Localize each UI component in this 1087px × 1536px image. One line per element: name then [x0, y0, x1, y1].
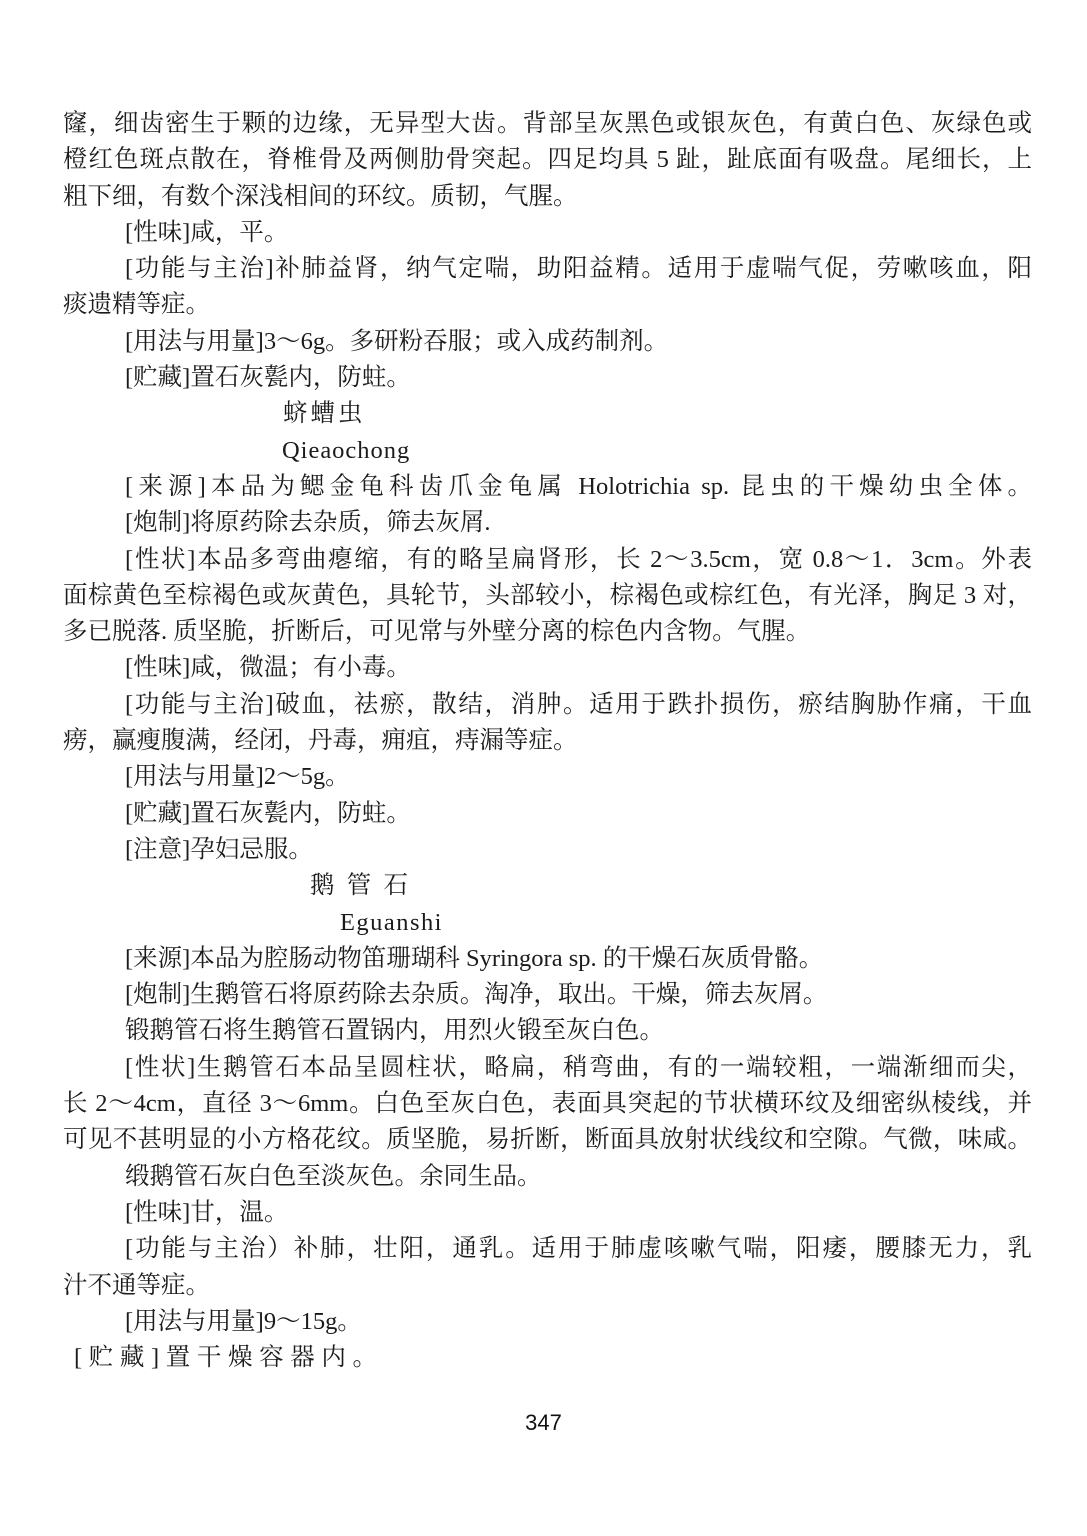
text-line: [性味]咸，微温；有小毒。	[63, 650, 1032, 686]
section-title-cn: 蛴螬虫	[63, 396, 1032, 432]
text-line: [用法与用量]2～5g。	[63, 759, 1032, 795]
section-title-cn: 鹅管石	[63, 868, 1032, 904]
text-line: 长 2～4cm，直径 3～6mm。白色至灰白色，表面具突起的节状横环纹及细密纵棱…	[63, 1086, 1032, 1122]
text-line: [来源]本品为鳃金龟科齿爪金龟属 Holotrichia sp. 昆虫的干燥幼虫…	[63, 469, 1032, 505]
text-line: [功能与主治）补肺，壮阳，通乳。适用于肺虚咳嗽气喘，阳痿，腰膝无力，乳	[63, 1231, 1032, 1267]
text-line: 痰遗精等症。	[63, 287, 1032, 323]
text-line: [性味]咸，平。	[63, 215, 1032, 251]
section-title-pinyin: Eguanshi	[63, 905, 1032, 941]
text-line: 面棕黄色至棕褐色或灰黄色，具轮节，头部较小，棕褐色或棕红色，有光泽，胸足 3 对…	[63, 578, 1032, 614]
text-line: [注意]孕妇忌服。	[63, 832, 1032, 868]
section-title-pinyin: Qieaochong	[63, 433, 1032, 469]
text-line: [功能与主治]破血，祛瘀，散结，消肿。适用于跌扑损伤，瘀结胸胁作痛，干血	[63, 687, 1032, 723]
text-line: [性味]甘，温。	[63, 1195, 1032, 1231]
text-line: 窿，细齿密生于颗的边缘，无异型大齿。背部呈灰黑色或银灰色，有黄白色、灰绿色或	[63, 106, 1032, 142]
text-line: 可见不甚明显的小方格花纹。质坚脆，易折断，断面具放射状线纹和空隙。气微，味咸。	[63, 1122, 1032, 1158]
text-line: [来源]本品为腔肠动物笛珊瑚科 Syringora sp. 的干燥石灰质骨骼。	[63, 941, 1032, 977]
text-line: [功能与主治]补肺益肾，纳气定喘，助阳益精。适用于虚喘气促，劳嗽咳血，阳	[63, 251, 1032, 287]
text-line: 缎鹅管石灰白色至淡灰色。余同生品。	[63, 1159, 1032, 1195]
text-line: [贮藏]置干燥容器内。	[63, 1340, 1032, 1376]
text-line: [贮藏]置石灰甏内，防蛀。	[63, 360, 1032, 396]
text-line: 橙红色斑点散在，脊椎骨及两侧肋骨突起。四足均具 5 趾，趾底面有吸盘。尾细长，上	[63, 142, 1032, 178]
text-line: [性状]本品多弯曲瘪缩，有的略呈扁肾形，长 2～3.5cm，宽 0.8～1．3c…	[63, 542, 1032, 578]
document-page: 窿，细齿密生于颗的边缘，无异型大齿。背部呈灰黑色或银灰色，有黄白色、灰绿色或橙红…	[0, 0, 1087, 1536]
text-block: 窿，细齿密生于颗的边缘，无异型大齿。背部呈灰黑色或银灰色，有黄白色、灰绿色或橙红…	[63, 106, 1032, 1376]
text-line: [炮制]将原药除去杂质，筛去灰屑.	[63, 505, 1032, 541]
text-line: [用法与用量]3～6g。多研粉吞服；或入成药制剂。	[63, 324, 1032, 360]
text-line: [用法与用量]9～15g。	[63, 1304, 1032, 1340]
text-line: 粗下细，有数个深浅相间的环纹。质韧，气腥。	[63, 179, 1032, 215]
text-line: 痨，赢瘦腹满，经闭，丹毒，痈疽，痔漏等症。	[63, 723, 1032, 759]
page-number: 347	[0, 1410, 1087, 1436]
text-line: [贮藏]置石灰甏内，防蛀。	[63, 796, 1032, 832]
text-line: 汁不通等症。	[63, 1268, 1032, 1304]
text-line: 多已脱落. 质坚脆，折断后，可见常与外壁分离的棕色内含物。气腥。	[63, 614, 1032, 650]
text-line: [性状]生鹅管石本品呈圆柱状，略扁，稍弯曲，有的一端较粗，一端渐细而尖，	[63, 1050, 1032, 1086]
text-line: [炮制]生鹅管石将原药除去杂质。淘净，取出。干燥，筛去灰屑。	[63, 977, 1032, 1013]
text-line: 锻鹅管石将生鹅管石置锅内，用烈火锻至灰白色。	[63, 1013, 1032, 1049]
